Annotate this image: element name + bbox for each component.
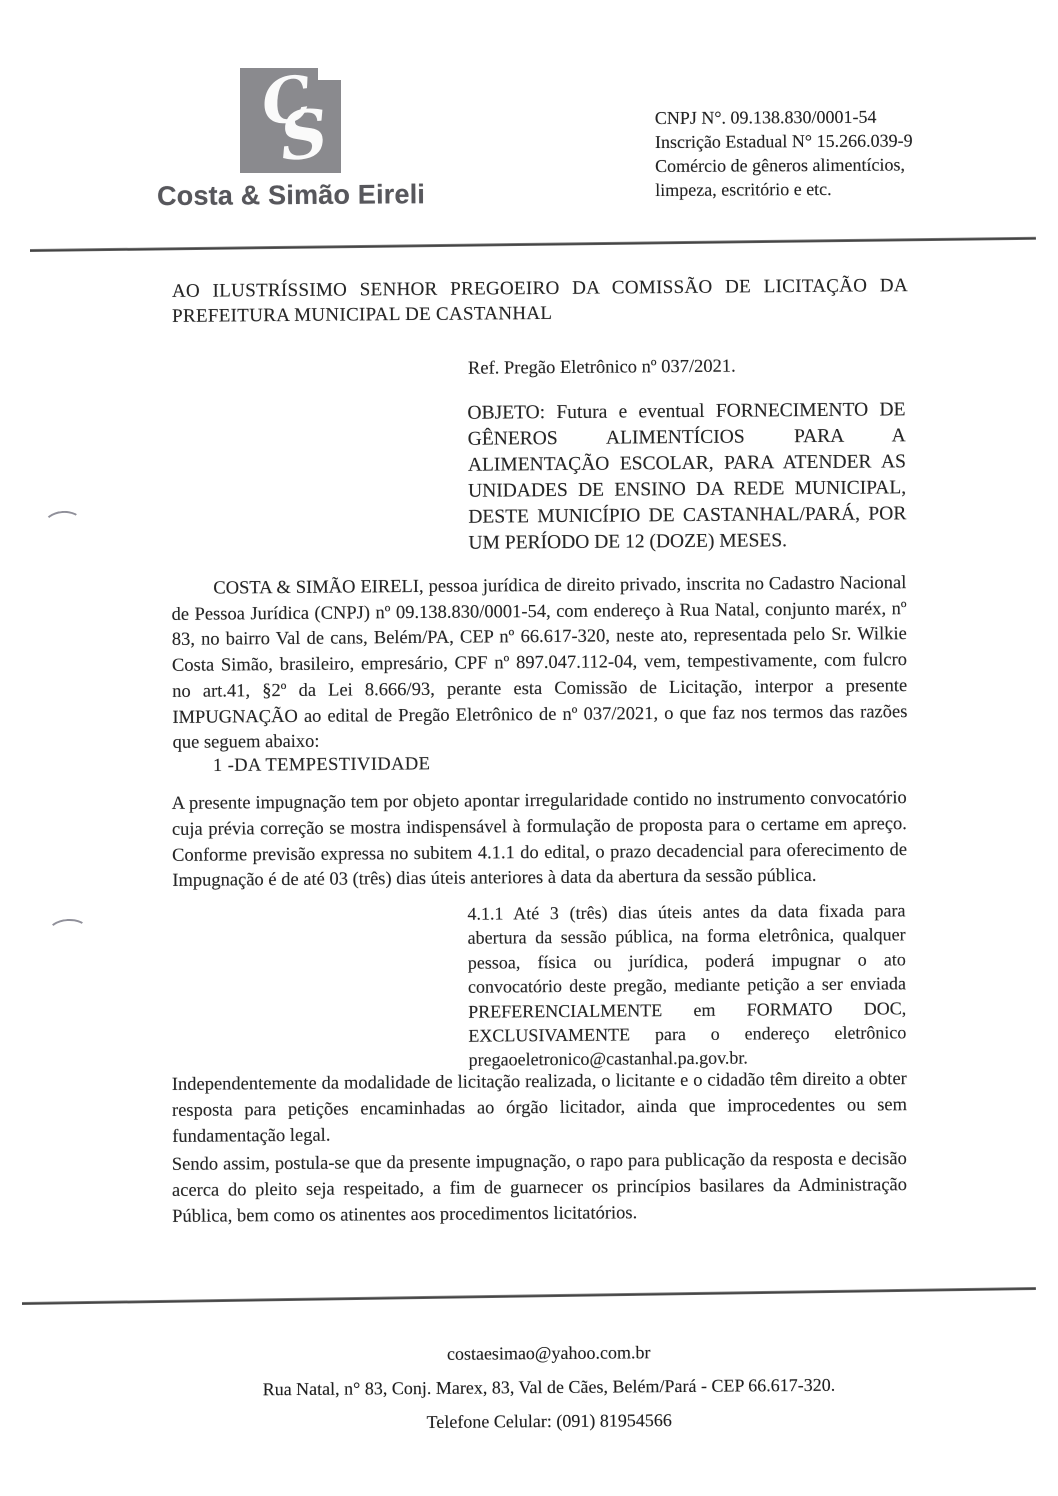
closing-paragraph-2: Sendo assim, postula-se que da presente … [172, 1146, 908, 1230]
footer-email: costaesimao@yahoo.com.br [40, 1339, 1058, 1368]
company-logo: C S [240, 68, 341, 173]
header-divider [30, 237, 1036, 252]
document-page: C S Costa & Simão Eireli CNPJ N°. 09.138… [0, 0, 1058, 1496]
state-registration-line: Inscrição Estadual N° 15.266.039-9 [655, 128, 985, 154]
business-activity-line-2: limpeza, escritório e etc. [655, 176, 985, 202]
company-name: Costa & Simão Eireli [157, 179, 447, 212]
logo-corner-notch [318, 67, 342, 80]
cnpj-line: CNPJ N°. 09.138.830/0001-54 [655, 104, 985, 130]
footer-divider [22, 1287, 1036, 1305]
recipient-heading: AO ILUSTRÍSSIMO SENHOR PREGOEIRO DA COMI… [172, 273, 907, 329]
footer-block: costaesimao@yahoo.com.br Rua Natal, n° 8… [40, 1339, 1058, 1449]
scan-arc-mark-1 [43, 509, 83, 536]
recipient-line-1: AO ILUSTRÍSSIMO SENHOR PREGOEIRO DA COMI… [172, 275, 907, 302]
reference-line: Ref. Pregão Eletrônico nº 037/2021. [468, 355, 908, 379]
logo-letter-s: S [277, 100, 331, 171]
footer-phone: Telefone Celular: (091) 81954566 [40, 1407, 1058, 1436]
intro-paragraph: COSTA & SIMÃO EIRELI, pessoa jurídica de… [171, 571, 907, 757]
edital-quote-4-1-1: 4.1.1 Até 3 (três) dias úteis antes da d… [467, 898, 906, 1072]
business-activity-line-1: Comércio de gêneros alimentícios, [655, 152, 985, 178]
recipient-line-2: PREFEITURA MUNICIPAL DE CASTANHAL [172, 303, 552, 327]
object-paragraph: OBJETO: Futura e eventual FORNECIMENTO D… [467, 397, 906, 556]
footer-address: Rua Natal, n° 83, Conj. Marex, 83, Val d… [40, 1373, 1058, 1402]
closing-paragraph-1: Independentemente da modalidade de licit… [172, 1066, 908, 1150]
section-1-title: 1 -DA TEMPESTIVIDADE [213, 752, 713, 777]
scan-arc-mark-2 [47, 918, 89, 945]
company-info-block: CNPJ N°. 09.138.830/0001-54 Inscrição Es… [655, 104, 986, 202]
section-1-paragraph: A presente impugnação tem por objeto apo… [172, 786, 908, 895]
